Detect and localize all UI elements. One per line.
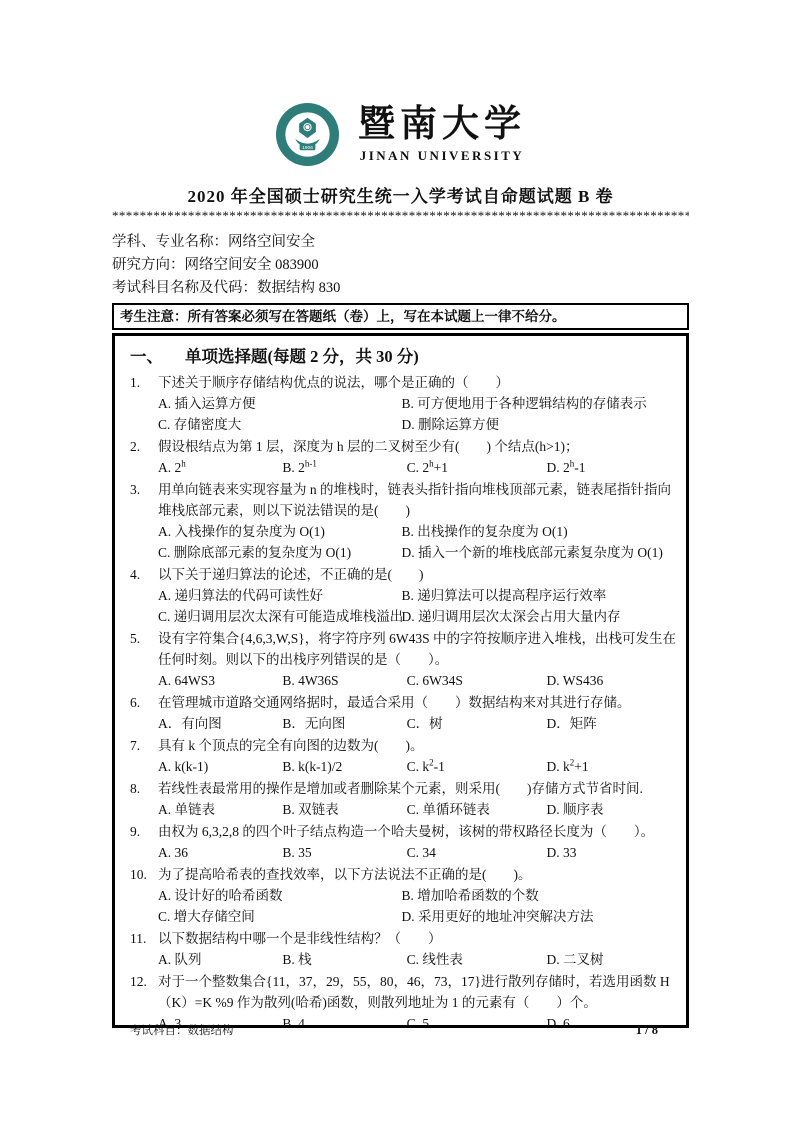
- question-body: 若线性表最常用的操作是增加或者删除某个元素，则采用( )存储方式节省时间.A. …: [158, 778, 676, 820]
- info-subject-name: 学科、专业名称：网络空间安全: [112, 231, 689, 254]
- option-A: A. 64WS3: [158, 670, 282, 691]
- question-number: 1.: [128, 372, 158, 435]
- option-B: B. 可方便地用于各种逻辑结构的存储表示: [401, 393, 676, 414]
- section-title: 单项选择题(每题 2 分，共 30 分): [185, 347, 419, 366]
- question-6: 6.在管理城市道路交通网络据时，最适合采用（ ）数据结构来对其进行存储。A．有向…: [128, 692, 676, 734]
- page-content: 1906 暨南大学 JINAN UNIVERSITY 2020 年全国硕士研究生…: [112, 0, 689, 1028]
- option-D: D. 递归调用层次太深会占用大量内存: [401, 606, 676, 627]
- option-D: D. 插入一个新的堆栈底部元素复杂度为 O(1): [401, 542, 676, 563]
- section-heading: 一、单项选择题(每题 2 分，共 30 分): [130, 343, 676, 367]
- question-body: 由权为 6,3,2,8 的四个叶子结点构造一个哈夫曼树，该树的带权路径长度为（ …: [158, 821, 676, 863]
- question-options: A. 单链表B. 双链表C. 单循环链表D. 顺序表: [158, 799, 676, 820]
- question-body: 以下数据结构中哪一个是非线性结构？（ ）A. 队列B. 栈C. 线性表D. 二叉…: [158, 928, 676, 970]
- question-body: 设有字符集合{4,6,3,W,S}，将字符序列 6W43S 中的字符按顺序进入堆…: [158, 628, 676, 691]
- asterisk-divider: ****************************************…: [112, 210, 689, 222]
- question-stem: 假设根结点为第 1 层，深度为 h 层的二叉树至少有( ) 个结点(h>1)；: [158, 436, 676, 457]
- option-C: C. 删除底部元素的复杂度为 O(1): [158, 542, 401, 563]
- question-options: A. 队列B. 栈C. 线性表D. 二叉树: [158, 949, 676, 970]
- option-A: A. 插入运算方便: [158, 393, 401, 414]
- option-B: B. 35: [282, 842, 406, 863]
- option-B: B. k(k-1)/2: [282, 756, 406, 777]
- question-body: 以下关于递归算法的论述，不正确的是( )A. 递归算法的代码可读性好B. 递归算…: [158, 564, 676, 627]
- option-C: C. 线性表: [407, 949, 547, 970]
- question-number: 9.: [128, 821, 158, 863]
- question-7: 7.具有 k 个顶点的完全有向图的边数为( )。A. k(k-1)B. k(k-…: [128, 735, 676, 777]
- question-number: 4.: [128, 564, 158, 627]
- question-number: 12.: [128, 971, 158, 1028]
- option-B: B. 2h-1: [282, 457, 406, 478]
- question-number: 5.: [128, 628, 158, 691]
- question-stem: 用单向链表来实现容量为 n 的堆栈时，链表头指针指向堆栈顶部元素，链表尾指针指向…: [158, 479, 676, 521]
- question-number: 11.: [128, 928, 158, 970]
- option-B: B. 递归算法可以提高程序运行效率: [401, 585, 676, 606]
- question-stem: 设有字符集合{4,6,3,W,S}，将字符序列 6W43S 中的字符按顺序进入堆…: [158, 628, 676, 670]
- option-C: C. 6W34S: [407, 670, 547, 691]
- university-name-english: JINAN UNIVERSITY: [358, 148, 526, 164]
- option-B: B. 出栈操作的复杂度为 O(1): [401, 521, 676, 542]
- option-A: A. 递归算法的代码可读性好: [158, 585, 401, 606]
- option-C: C. 2h+1: [407, 457, 547, 478]
- question-number: 3.: [128, 479, 158, 563]
- question-section: 一、单项选择题(每题 2 分，共 30 分) 1.下述关于顺序存储结构优点的说法…: [112, 333, 689, 1028]
- question-stem: 以下数据结构中哪一个是非线性结构？（ ）: [158, 928, 676, 949]
- option-D: D．矩阵: [546, 713, 676, 734]
- option-C: C. 存储密度大: [158, 414, 401, 435]
- option-A: A. 设计好的哈希函数: [158, 885, 401, 906]
- option-D: D. WS436: [546, 670, 676, 691]
- question-number: 8.: [128, 778, 158, 820]
- question-2: 2.假设根结点为第 1 层，深度为 h 层的二叉树至少有( ) 个结点(h>1)…: [128, 436, 676, 478]
- question-stem: 具有 k 个顶点的完全有向图的边数为( )。: [158, 735, 676, 756]
- candidate-notice: 考生注意：所有答案必须写在答题纸（卷）上，写在本试题上一律不给分。: [112, 303, 689, 330]
- question-body: 在管理城市道路交通网络据时，最适合采用（ ）数据结构来对其进行存储。A．有向图B…: [158, 692, 676, 734]
- question-number: 2.: [128, 436, 158, 478]
- option-A: A. 单链表: [158, 799, 282, 820]
- question-5: 5.设有字符集合{4,6,3,W,S}，将字符序列 6W43S 中的字符按顺序进…: [128, 628, 676, 691]
- option-D: D. 二叉树: [546, 949, 676, 970]
- question-options: A. 插入运算方便B. 可方便地用于各种逻辑结构的存储表示C. 存储密度大D. …: [158, 393, 676, 435]
- option-A: A. 2h: [158, 457, 282, 478]
- info-research-direction: 研究方向：网络空间安全 083900: [112, 254, 689, 277]
- question-stem: 在管理城市道路交通网络据时，最适合采用（ ）数据结构来对其进行存储。: [158, 692, 676, 713]
- university-name: 暨南大学 JINAN UNIVERSITY: [358, 105, 526, 164]
- notice-text: 考生注意：所有答案必须写在答题纸（卷）上，写在本试题上一律不给分。: [120, 309, 566, 324]
- option-C: C. k2-1: [407, 756, 547, 777]
- university-seal-icon: 1906: [275, 102, 340, 167]
- option-B: B．无向图: [282, 713, 406, 734]
- question-stem: 若线性表最常用的操作是增加或者删除某个元素，则采用( )存储方式节省时间.: [158, 778, 676, 799]
- exam-title: 2020 年全国硕士研究生统一入学考试自命题试题 B 卷: [112, 182, 689, 207]
- question-options: A. 64WS3B. 4W36SC. 6W34SD. WS436: [158, 670, 676, 691]
- question-1: 1.下述关于顺序存储结构优点的说法，哪个是正确的（ ）A. 插入运算方便B. 可…: [128, 372, 676, 435]
- question-3: 3.用单向链表来实现容量为 n 的堆栈时，链表头指针指向堆栈顶部元素，链表尾指针…: [128, 479, 676, 563]
- option-B: B. 4W36S: [282, 670, 406, 691]
- question-number: 6.: [128, 692, 158, 734]
- question-stem: 对于一个整数集合{11，37，29，55，80，46，73，17}进行散列存储时…: [158, 971, 676, 1013]
- option-C: C. 34: [407, 842, 547, 863]
- question-body: 为了提高哈希表的查找效率，以下方法说法不正确的是( )。A. 设计好的哈希函数B…: [158, 864, 676, 927]
- option-B: B. 增加哈希函数的个数: [401, 885, 676, 906]
- page-footer: 考试科目：数据结构 1 / 8: [130, 1022, 658, 1038]
- option-C: C. 单循环链表: [407, 799, 547, 820]
- question-body: 假设根结点为第 1 层，深度为 h 层的二叉树至少有( ) 个结点(h>1)；A…: [158, 436, 676, 478]
- question-9: 9.由权为 6,3,2,8 的四个叶子结点构造一个哈夫曼树，该树的带权路径长度为…: [128, 821, 676, 863]
- page-number: 1 / 8: [636, 1023, 658, 1038]
- option-D: D. 采用更好的地址冲突解决方法: [401, 906, 676, 927]
- option-D: D. 33: [546, 842, 676, 863]
- footer-subject: 考试科目：数据结构: [130, 1022, 234, 1038]
- option-D: D. 2h-1: [546, 457, 676, 478]
- question-stem: 为了提高哈希表的查找效率，以下方法说法不正确的是( )。: [158, 864, 676, 885]
- question-options: A．有向图B．无向图C．树D．矩阵: [158, 713, 676, 734]
- university-name-chinese: 暨南大学: [358, 105, 526, 146]
- section-index: 一、: [130, 347, 163, 366]
- question-body: 用单向链表来实现容量为 n 的堆栈时，链表头指针指向堆栈顶部元素，链表尾指针指向…: [158, 479, 676, 563]
- question-8: 8.若线性表最常用的操作是增加或者删除某个元素，则采用( )存储方式节省时间.A…: [128, 778, 676, 820]
- info-course-code: 考试科目名称及代码：数据结构 830: [112, 277, 689, 300]
- question-number: 10.: [128, 864, 158, 927]
- option-A: A．有向图: [158, 713, 282, 734]
- option-B: B. 栈: [282, 949, 406, 970]
- question-11: 11.以下数据结构中哪一个是非线性结构？（ ）A. 队列B. 栈C. 线性表D.…: [128, 928, 676, 970]
- option-A: A. 36: [158, 842, 282, 863]
- question-options: A. 36B. 35C. 34D. 33: [158, 842, 676, 863]
- question-stem: 由权为 6,3,2,8 的四个叶子结点构造一个哈夫曼树，该树的带权路径长度为（ …: [158, 821, 676, 842]
- option-C: C．树: [407, 713, 547, 734]
- question-number: 7.: [128, 735, 158, 777]
- question-list: 1.下述关于顺序存储结构优点的说法，哪个是正确的（ ）A. 插入运算方便B. 可…: [128, 372, 676, 1028]
- question-stem: 下述关于顺序存储结构优点的说法，哪个是正确的（ ）: [158, 372, 676, 393]
- option-B: B. 双链表: [282, 799, 406, 820]
- option-C: C. 递归调用层次太深有可能造成堆栈溢出: [158, 606, 401, 627]
- seal-year: 1906: [302, 145, 313, 151]
- question-stem: 以下关于递归算法的论述，不正确的是( ): [158, 564, 676, 585]
- option-D: D. k2+1: [546, 756, 676, 777]
- option-A: A. 入栈操作的复杂度为 O(1): [158, 521, 401, 542]
- option-D: D. 删除运算方便: [401, 414, 676, 435]
- option-C: C. 增大存储空间: [158, 906, 401, 927]
- exam-page: 1906 暨南大学 JINAN UNIVERSITY 2020 年全国硕士研究生…: [0, 0, 794, 1123]
- question-options: A. k(k-1)B. k(k-1)/2C. k2-1D. k2+1: [158, 756, 676, 777]
- question-options: A. 设计好的哈希函数B. 增加哈希函数的个数C. 增大存储空间D. 采用更好的…: [158, 885, 676, 927]
- question-body: 具有 k 个顶点的完全有向图的边数为( )。A. k(k-1)B. k(k-1)…: [158, 735, 676, 777]
- question-body: 下述关于顺序存储结构优点的说法，哪个是正确的（ ）A. 插入运算方便B. 可方便…: [158, 372, 676, 435]
- option-D: D. 顺序表: [546, 799, 676, 820]
- option-A: A. k(k-1): [158, 756, 282, 777]
- university-logo: 1906 暨南大学 JINAN UNIVERSITY: [112, 101, 689, 168]
- question-12: 12.对于一个整数集合{11，37，29，55，80，46，73，17}进行散列…: [128, 971, 676, 1028]
- exam-info: 学科、专业名称：网络空间安全 研究方向：网络空间安全 083900 考试科目名称…: [112, 231, 689, 300]
- question-options: A. 入栈操作的复杂度为 O(1)B. 出栈操作的复杂度为 O(1)C. 删除底…: [158, 521, 676, 563]
- question-options: A. 递归算法的代码可读性好B. 递归算法可以提高程序运行效率C. 递归调用层次…: [158, 585, 676, 627]
- question-10: 10.为了提高哈希表的查找效率，以下方法说法不正确的是( )。A. 设计好的哈希…: [128, 864, 676, 927]
- question-body: 对于一个整数集合{11，37，29，55，80，46，73，17}进行散列存储时…: [158, 971, 676, 1028]
- question-options: A. 2hB. 2h-1C. 2h+1D. 2h-1: [158, 457, 676, 478]
- option-A: A. 队列: [158, 949, 282, 970]
- question-4: 4.以下关于递归算法的论述，不正确的是( )A. 递归算法的代码可读性好B. 递…: [128, 564, 676, 627]
